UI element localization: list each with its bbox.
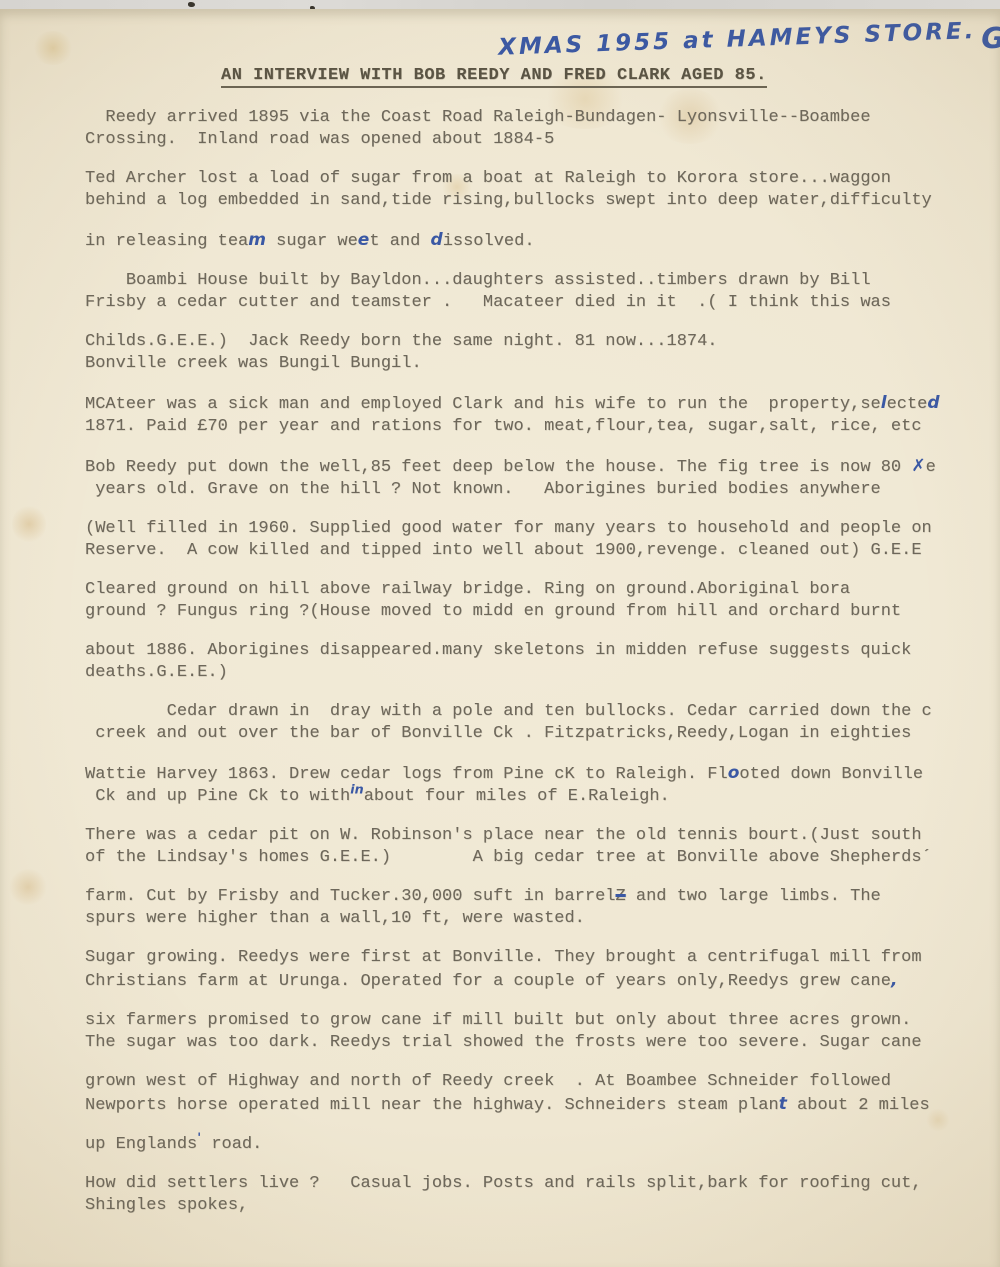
paragraph: MCAteer was a sick man and employed Clar… <box>85 392 967 438</box>
handwritten-correction: , <box>891 970 897 990</box>
paragraph: grown west of Highway and north of Reedy… <box>85 1071 967 1117</box>
typed-text: Sugar growing. Reedys were first at Bonv… <box>85 948 922 991</box>
typed-text: MCAteer was a sick man and employed Clar… <box>85 395 881 414</box>
handwritten-note: XMAS 1955 at HAMEYS STORE. GEE. <box>498 10 999 61</box>
handwritten-correction: d <box>927 393 939 413</box>
paragraph: (Well filled in 1960. Supplied good wate… <box>85 518 967 562</box>
paragraph: Cedar drawn in dray with a pole and ten … <box>85 701 967 745</box>
typed-text: Wattie Harvey 1863. Drew cedar logs from… <box>85 765 728 784</box>
typed-text: grown west of Highway and north of Reedy… <box>85 1072 891 1115</box>
handwritten-note-text: XMAS 1955 at HAMEYS STORE. <box>498 18 977 61</box>
typed-text: six farmers promised to grow cane if mil… <box>85 1011 922 1052</box>
handwritten-correction: d <box>431 230 443 250</box>
typed-text: Cedar drawn in dray with a pole and ten … <box>85 702 932 743</box>
paragraph: Ted Archer lost a load of sugar from a b… <box>85 168 967 212</box>
paragraph: Sugar growing. Reedys were first at Bonv… <box>85 947 967 993</box>
document-content: AN INTERVIEW WITH BOB REEDY AND FRED CLA… <box>85 66 967 1234</box>
typed-text: Boambi House built by Bayldon...daughter… <box>85 271 891 312</box>
paragraph: Cleared ground on hill above railway bri… <box>85 579 967 623</box>
typed-text: Cleared ground on hill above railway bri… <box>85 580 901 621</box>
typed-text: about 2 miles <box>787 1096 930 1115</box>
typed-text: Reedy arrived 1895 via the Coast Road Ra… <box>85 108 871 149</box>
typed-text: issolved. <box>443 232 535 251</box>
stain <box>12 504 46 544</box>
typed-text: t and <box>369 232 430 251</box>
paragraph: in releasing team sugar weet and dissolv… <box>85 229 967 253</box>
paragraph: up Englands' road. <box>85 1134 967 1156</box>
typed-text: There was a cedar pit on W. Robinson's p… <box>85 826 932 867</box>
paragraphs: Reedy arrived 1895 via the Coast Road Ra… <box>85 107 967 1217</box>
typed-text: How did settlers live ? Casual jobs. Pos… <box>85 1174 922 1215</box>
typed-text: sugar we <box>266 232 358 251</box>
paragraph: about 1886. Aborigines disappeared.many … <box>85 640 967 684</box>
paragraph: How did settlers live ? Casual jobs. Pos… <box>85 1173 967 1217</box>
handwritten-correction: ✗ <box>911 456 925 476</box>
typed-text: road. <box>201 1135 262 1154</box>
paragraph: Childs.G.E.E.) Jack Reedy born the same … <box>85 331 967 375</box>
typed-text: ecte <box>887 395 928 414</box>
paragraph: Bob Reedy put down the well,85 feet deep… <box>85 455 967 501</box>
typed-text: in releasing tea <box>85 232 248 251</box>
typed-text: up Englands <box>85 1135 197 1154</box>
paragraph: six farmers promised to grow cane if mil… <box>85 1010 967 1054</box>
handwritten-correction: e <box>358 230 370 250</box>
typed-text: farm. Cut by Frisby and Tucker.30,000 su… <box>85 887 616 906</box>
paragraph: Wattie Harvey 1863. Drew cedar logs from… <box>85 762 967 808</box>
typed-text: 1871. Paid £70 per year and rations for … <box>85 417 922 436</box>
handwritten-correction: Z <box>616 887 626 906</box>
title-row: AN INTERVIEW WITH BOB REEDY AND FRED CLA… <box>85 66 967 88</box>
typed-text: about 1886. Aborigines disappeared.many … <box>85 641 911 682</box>
paragraph: There was a cedar pit on W. Robinson's p… <box>85 825 967 869</box>
handwritten-correction: m <box>248 230 266 250</box>
paper: XMAS 1955 at HAMEYS STORE. GEE. AN INTER… <box>0 9 1000 1267</box>
speck <box>188 2 195 7</box>
typed-text: Childs.G.E.E.) Jack Reedy born the same … <box>85 332 718 373</box>
handwritten-initials: GEE. <box>981 21 1000 56</box>
typed-text: (Well filled in 1960. Supplied good wate… <box>85 519 932 560</box>
paragraph: Boambi House built by Bayldon...daughter… <box>85 270 967 314</box>
stain <box>8 869 48 905</box>
handwritten-correction: in <box>350 782 363 797</box>
handwritten-correction: t <box>779 1094 787 1114</box>
document-title: AN INTERVIEW WITH BOB REEDY AND FRED CLA… <box>221 66 767 88</box>
handwritten-correction: o <box>728 763 740 783</box>
scanned-page: XMAS 1955 at HAMEYS STORE. GEE. AN INTER… <box>0 0 1000 1267</box>
paragraph: farm. Cut by Frisby and Tucker.30,000 su… <box>85 886 967 930</box>
typed-text: Ted Archer lost a load of sugar from a b… <box>85 169 932 210</box>
typed-text: Bob Reedy put down the well,85 feet deep… <box>85 458 911 477</box>
stain <box>32 31 74 65</box>
typed-text: about four miles of E.Raleigh. <box>364 787 670 806</box>
paragraph: Reedy arrived 1895 via the Coast Road Ra… <box>85 107 967 151</box>
